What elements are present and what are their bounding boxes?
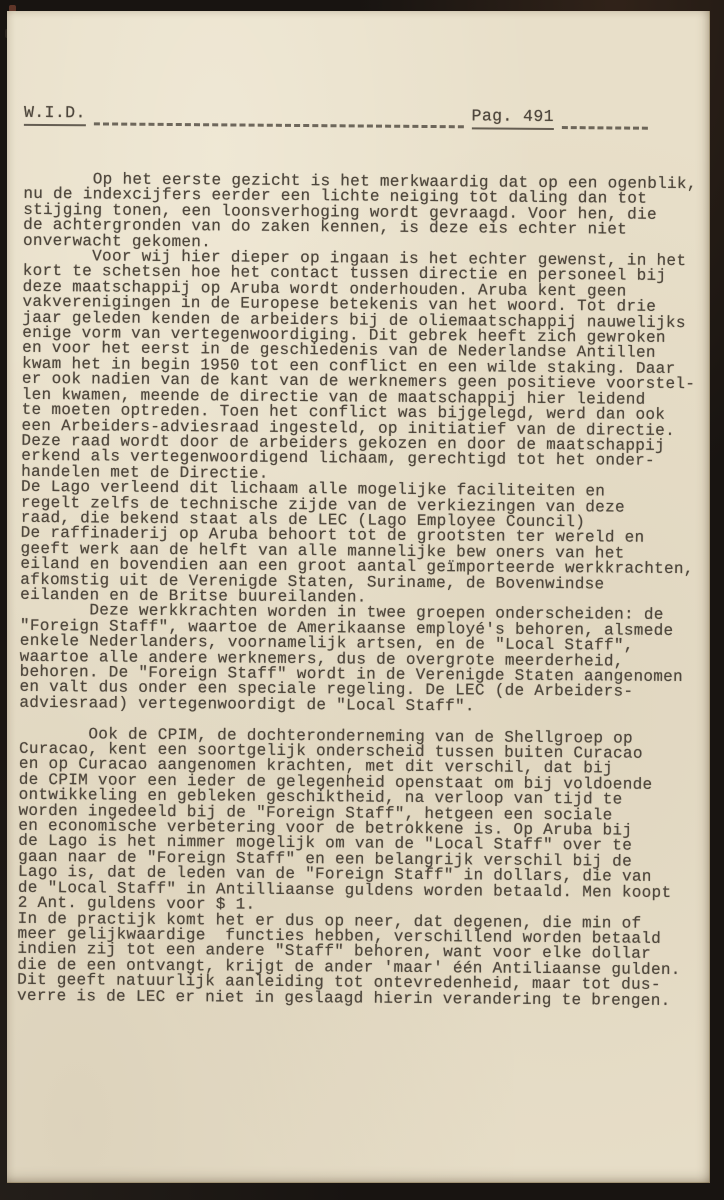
dashed-rule-trailing (562, 126, 648, 130)
page-content: W.I.D. Pag. 491 Op het eerste gezicht is… (0, 11, 711, 1188)
page-number: Pag. 491 (471, 106, 554, 130)
dashed-rule (94, 122, 464, 128)
scan-background: W.I.D. Pag. 491 Op het eerste gezicht is… (0, 0, 724, 1200)
document-code: W.I.D. (24, 103, 86, 126)
page-header: W.I.D. Pag. 491 (24, 103, 648, 131)
document-text: Op het eerste gezicht is het merkwaardig… (17, 172, 702, 1009)
document-page: W.I.D. Pag. 491 Op het eerste gezicht is… (7, 11, 710, 1183)
